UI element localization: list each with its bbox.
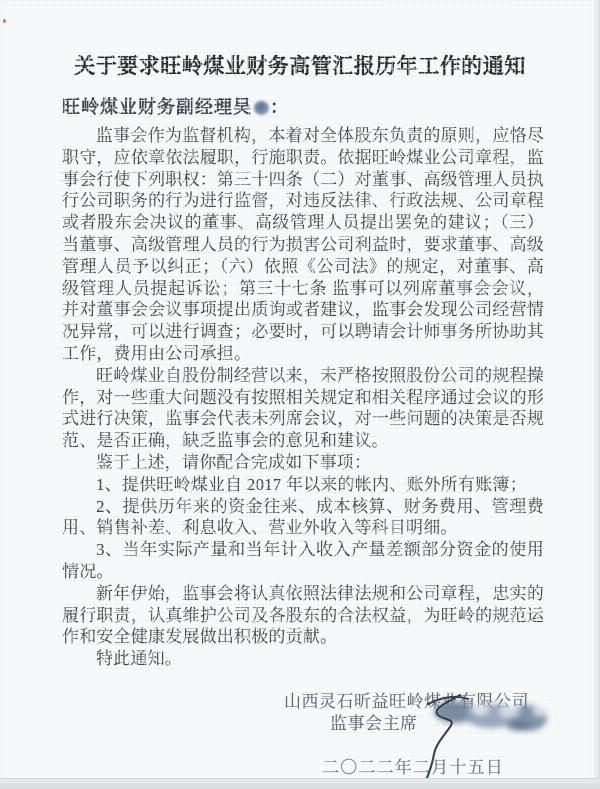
request-item-1: 1、提供旺岭煤业自 2017 年以来的帐内、账外所有账簿；	[62, 474, 544, 496]
signature-date: 二〇二二年二月十五日	[322, 753, 504, 778]
paragraph-governance-issues: 旺岭煤业自股份制经营以来，未严格按照股份公司的规程操作，对一些重大问题没有按照相…	[62, 365, 544, 452]
request-item-3: 3、当年实际产量和当年计入收入产量差额部分资金的使用情况。	[62, 539, 544, 583]
scan-artifact-speck	[3, 19, 6, 23]
scan-edge-band	[0, 778, 600, 789]
salutation-line: 旺岭煤业财务副经理吴：	[62, 93, 600, 119]
redacted-name-blur	[254, 101, 269, 115]
scanned-notice-page: 关于要求旺岭煤业财务高管汇报历年工作的通知 旺岭煤业财务副经理吴： 监事会作为监…	[0, 0, 600, 789]
paragraph-request-intro: 鉴于上述，请你配合完成如下事项：	[62, 452, 544, 474]
request-item-2: 2、提供历年来的资金往来、成本核算、财务费用、管理费用、销售补差、利息收入、营业…	[62, 496, 544, 540]
document-title: 关于要求旺岭煤业财务高管汇报历年工作的通知	[46, 50, 554, 80]
paragraph-commitment: 新年伊始，监事会将认真依照法律法规和公司章程，忠实的履行职责，认真维护公司及各股…	[62, 583, 544, 648]
salutation-colon: ：	[270, 97, 289, 117]
document-body: 监事会作为监督机构，本着对全体股东负责的原则，应恪尽职守，应依章依法履职，行施职…	[62, 125, 544, 670]
closing-line: 特此通知。	[62, 648, 544, 670]
paragraph-supervisory-duties: 监事会作为监督机构，本着对全体股东负责的原则，应恪尽职守，应依章依法履职，行施职…	[62, 125, 544, 365]
salutation-recipient: 旺岭煤业财务副经理吴	[62, 97, 252, 117]
